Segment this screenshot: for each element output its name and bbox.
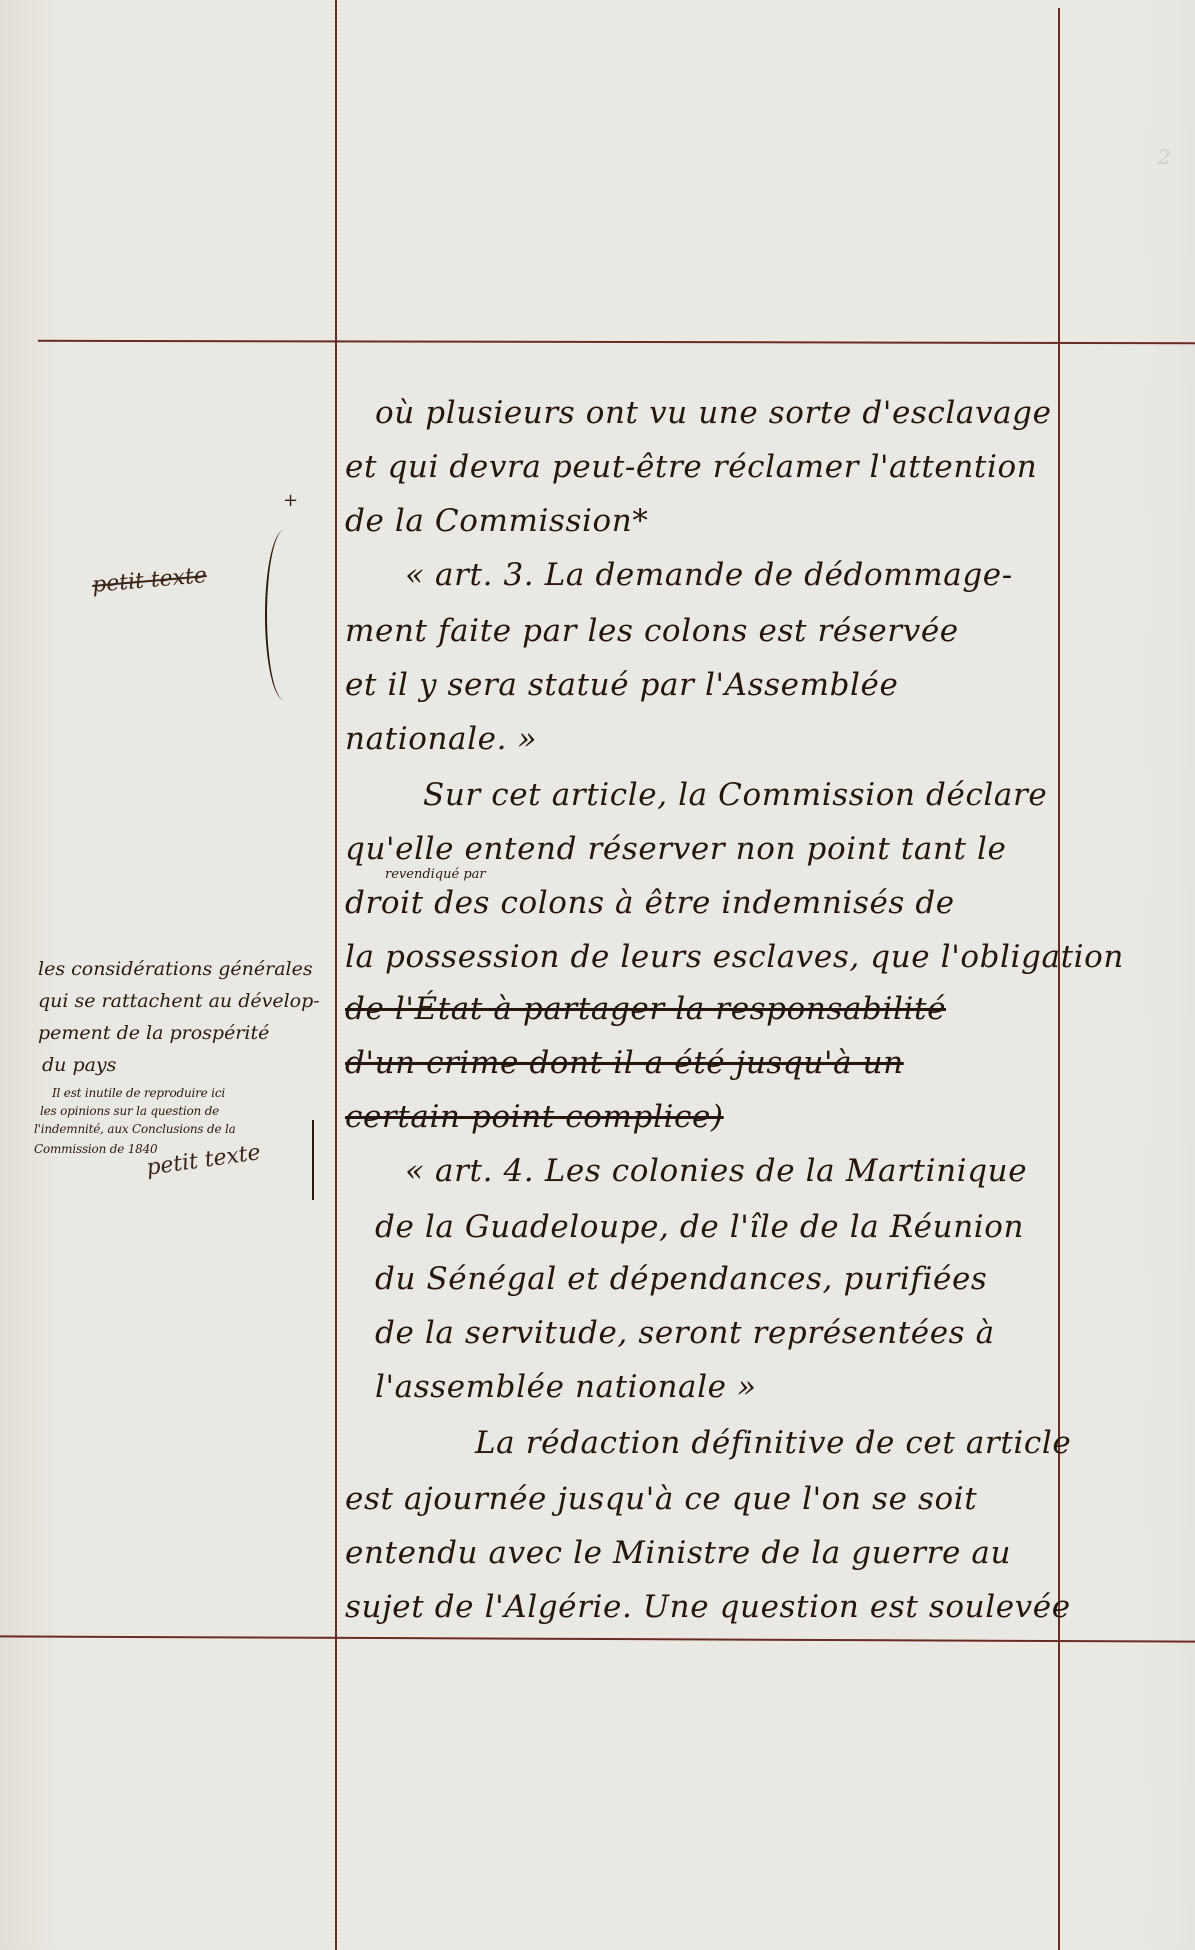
text-line-struck: de l'État à partager la responsabilité [345,991,946,1027]
text-line: droit des colons à être indemnisés de [345,885,955,921]
margin-note-small-line: Commission de 1840 [34,1142,157,1156]
margin-bracket [265,530,297,700]
text-line: de la Guadeloupe, de l'île de la Réunion [375,1209,1024,1245]
insertion-plus-mark: + [283,490,298,511]
text-line: nationale. » [345,721,537,757]
text-line: qu'elle entend réserver non point tant l… [345,831,1006,867]
text-line: et il y sera statué par l'Assemblée [345,667,898,703]
text-line: entendu avec le Ministre de la guerre au [345,1535,1011,1571]
margin-note-line: pement de la prospérité [38,1022,269,1044]
folio-mark: 2 [1158,145,1171,169]
text-line: la possession de leurs esclaves, que l'o… [345,939,1124,975]
margin-note-small-line: les opinions sur la question de [40,1104,219,1118]
right-margin-rule [1058,8,1060,1950]
text-line: ment faite par les colons est réservée [345,613,959,649]
margin-note-line: qui se rattachent au dévelop- [38,990,320,1012]
text-line: l'assemblée nationale » [375,1369,757,1405]
left-margin-rule [335,0,337,1950]
margin-note-small-line: l'indemnité, aux Conclusions de la [34,1122,236,1136]
margin-note-line: les considérations générales [38,958,313,980]
text-line: est ajournée jusqu'à ce que l'on se soit [345,1481,977,1517]
margin-note-line: du pays [42,1054,116,1076]
margin-bracket-2 [306,1120,314,1200]
text-line: où plusieurs ont vu une sorte d'esclavag… [375,395,1052,431]
text-line: et qui devra peut-être réclamer l'attent… [345,449,1037,485]
text-line-struck: d'un crime dont il a été jusqu'à un [345,1045,904,1081]
text-line: de la Commission* [345,503,648,539]
text-line-article-3: « art. 3. La demande de dédommage- [405,557,1013,593]
text-line-article-4: « art. 4. Les colonies de la Martinique [405,1153,1027,1189]
interlinear-insertion: revendiqué par [385,867,486,882]
text-line: de la servitude, seront représentées à [375,1315,995,1351]
text-line: du Sénégal et dépendances, purifiées [375,1261,987,1297]
text-line: Sur cet article, la Commission déclare [423,777,1047,813]
text-line: sujet de l'Algérie. Une question est sou… [345,1589,1071,1625]
margin-note-small-line: Il est inutile de reproduire ici [52,1086,225,1100]
text-line-struck: certain point complice) [345,1099,724,1135]
text-line: La rédaction définitive de cet article [475,1425,1071,1461]
